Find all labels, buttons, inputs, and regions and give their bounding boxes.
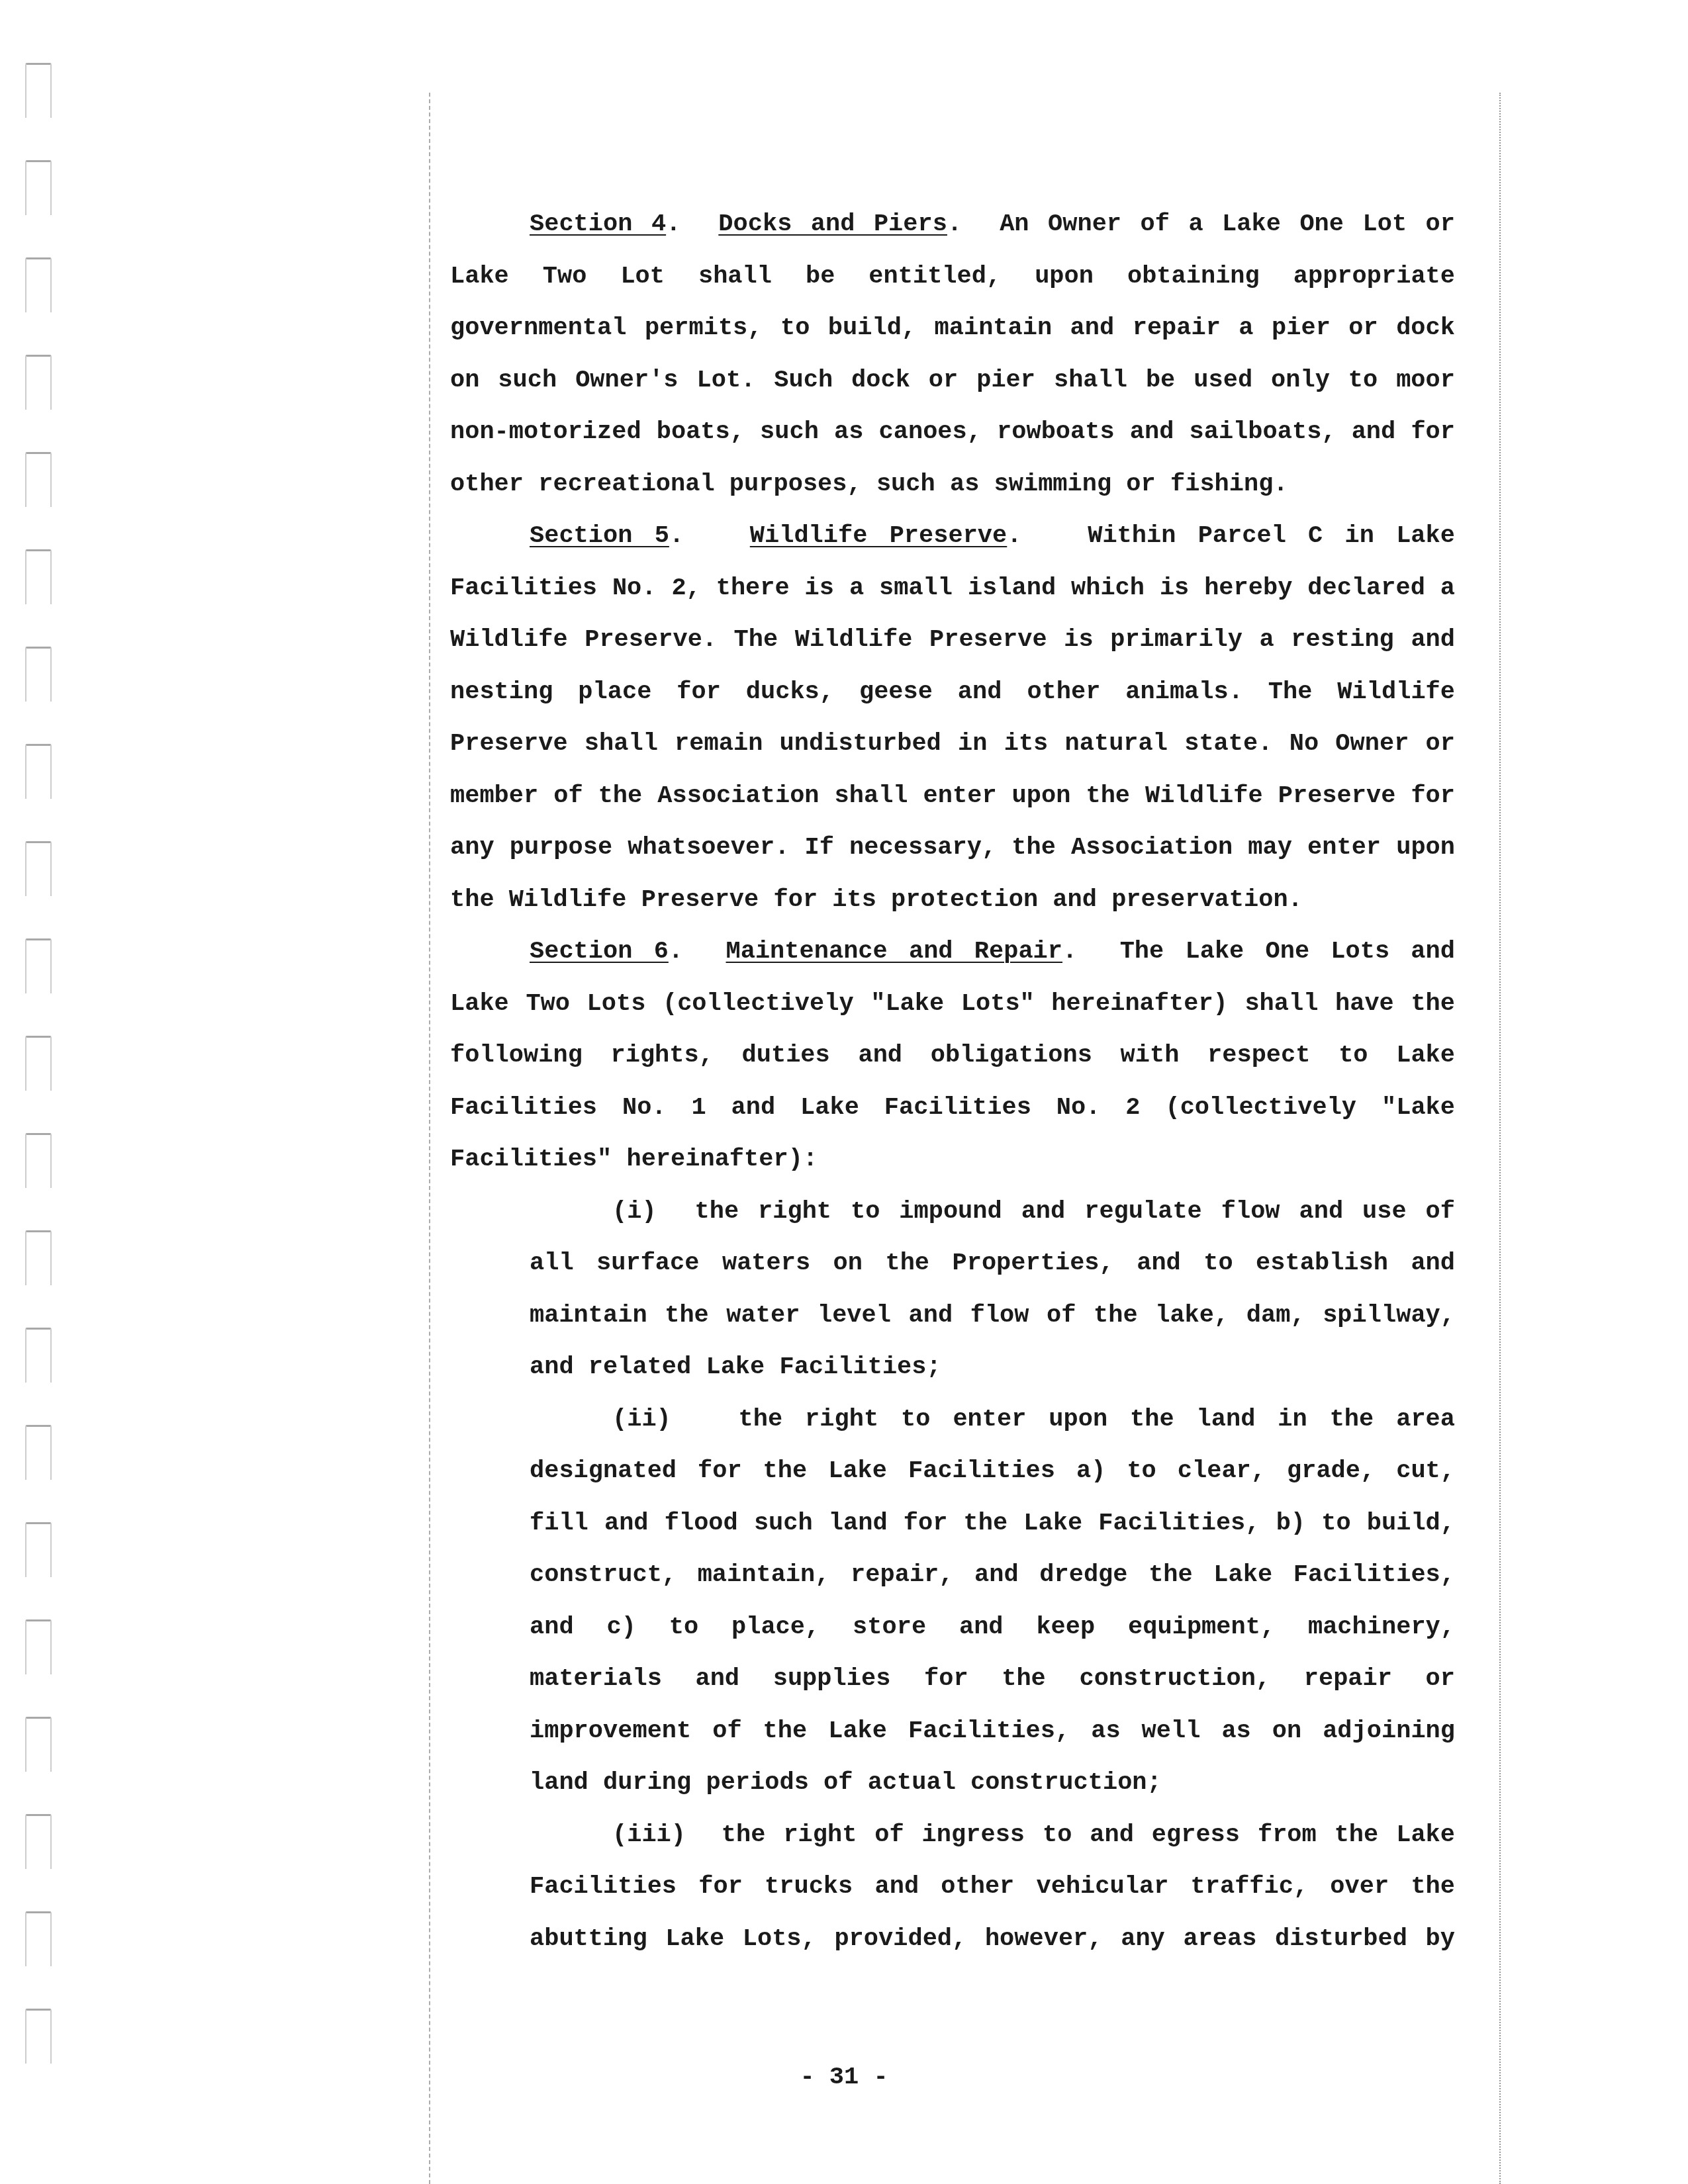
list-marker: (iii): [612, 1821, 686, 1849]
binder-hole-mark: [25, 160, 52, 215]
binder-hole-mark: [25, 1717, 52, 1772]
binder-hole-mark: [25, 938, 52, 993]
binder-hole-mark: [25, 1230, 52, 1285]
binder-hole-mark: [25, 1522, 52, 1577]
page-number: - 31 -: [0, 2064, 1688, 2091]
section-label: Section 6: [530, 938, 669, 966]
binder-edge: [0, 0, 132, 2184]
binder-hole-mark: [25, 1814, 52, 1869]
binder-hole-mark: [25, 549, 52, 604]
binder-hole-mark: [25, 1036, 52, 1091]
section-body: The Lake One Lots and Lake Two Lots (col…: [450, 938, 1455, 1173]
list-text: the right to impound and regulate flow a…: [530, 1198, 1455, 1382]
section-label: Section 5: [530, 522, 669, 550]
section-6: Section 6. Maintenance and Repair. The L…: [450, 926, 1455, 1186]
binder-hole-mark: [25, 452, 52, 507]
list-marker: (ii): [612, 1406, 671, 1433]
binder-hole-mark: [25, 1911, 52, 1966]
binder-hole-mark: [25, 841, 52, 896]
section-title: Docks and Piers: [718, 210, 947, 238]
document-body: Section 4. Docks and Piers. An Owner of …: [450, 199, 1455, 1965]
right-margin-line: [1499, 93, 1501, 2184]
binder-hole-mark: [25, 63, 52, 118]
binder-hole-mark: [25, 1425, 52, 1480]
section-title: Maintenance and Repair: [726, 938, 1063, 966]
binder-hole-mark: [25, 1619, 52, 1674]
section-body: An Owner of a Lake One Lot or Lake Two L…: [450, 210, 1455, 498]
list-text: the right to enter upon the land in the …: [530, 1406, 1455, 1797]
list-item-iii: (iii) the right of ingress to and egress…: [530, 1809, 1455, 1966]
binder-hole-mark: [25, 355, 52, 410]
section-title: Wildlife Preserve: [750, 522, 1008, 550]
binder-hole-mark: [25, 1133, 52, 1188]
binder-hole-mark: [25, 257, 52, 312]
left-margin-line: [429, 93, 430, 2184]
section-4: Section 4. Docks and Piers. An Owner of …: [450, 199, 1455, 510]
list-marker: (i): [612, 1198, 657, 1226]
list-item-ii: (ii) the right to enter upon the land in…: [530, 1394, 1455, 1809]
binder-hole-mark: [25, 2009, 52, 2064]
section-body: Within Parcel C in Lake Facilities No. 2…: [450, 522, 1455, 914]
section-label: Section 4: [530, 210, 666, 238]
binder-hole-mark: [25, 647, 52, 702]
binder-hole-mark: [25, 744, 52, 799]
list-item-i: (i) the right to impound and regulate fl…: [530, 1186, 1455, 1394]
section-5: Section 5. Wildlife Preserve. Within Par…: [450, 510, 1455, 926]
binder-hole-mark: [25, 1328, 52, 1383]
